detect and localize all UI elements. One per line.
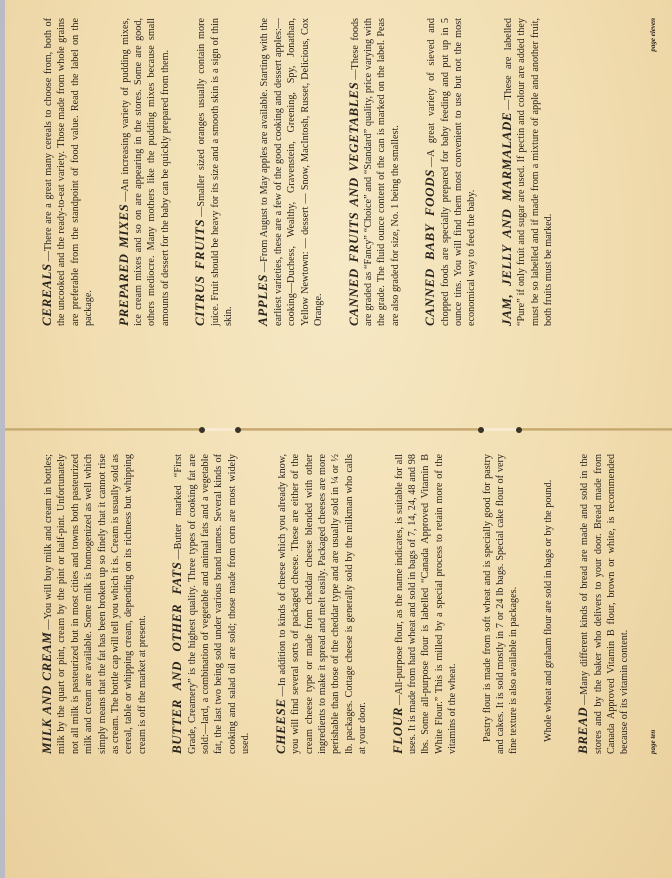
entry-heading: APPLES xyxy=(255,274,270,326)
entry-heading: PREPARED MIXES xyxy=(116,204,131,326)
staple-hole xyxy=(516,427,522,433)
staple-hole xyxy=(235,427,241,433)
entry-heading: MILK AND CREAM xyxy=(39,632,54,754)
center-fold xyxy=(5,428,672,431)
entry-heading: FLOUR xyxy=(390,707,405,754)
staple-hole xyxy=(199,427,205,433)
entry-cereals: CEREALS—There are a great many cereals t… xyxy=(40,18,96,326)
staple-bottom xyxy=(480,428,520,431)
paragraph-whole-wheat: Whole wheat and graham flour are sold in… xyxy=(542,454,555,754)
entry-citrus-fruits: CITRUS FRUITS—Smaller sized oranges usua… xyxy=(193,18,235,326)
entry-butter-and-other-fats: BUTTER AND OTHER FATS—Butter marked “Fir… xyxy=(170,454,252,754)
page-number: page ten xyxy=(647,730,660,754)
page-number: page eleven xyxy=(647,18,660,52)
entry-heading: BUTTER AND OTHER FATS xyxy=(169,562,184,755)
entry-heading: CEREALS xyxy=(39,263,54,326)
entry-text: In addition to kinds of cheese which you… xyxy=(277,454,368,754)
entry-heading: CITRUS FRUITS xyxy=(192,219,207,326)
entry-flour: FLOUR—All-purpose flour, as the name ind… xyxy=(391,454,460,754)
entry-milk-and-cream: MILK AND CREAM—You will buy milk and cre… xyxy=(40,454,149,754)
entry-bread: BREAD—Many different kinds of bread are … xyxy=(576,454,632,754)
entry-heading: CHEESE xyxy=(273,698,288,754)
entry-canned-baby-foods: CANNED BABY FOODS—A great variety of sie… xyxy=(423,18,479,326)
staple-top xyxy=(200,428,240,431)
staple-hole xyxy=(478,427,484,433)
entry-text: Butter marked “First Grade, Creamery” is… xyxy=(173,454,251,754)
page-ten: MILK AND CREAM—You will buy milk and cre… xyxy=(40,454,660,754)
entry-heading: CANNED FRUITS AND VEGETABLES xyxy=(346,82,361,326)
entry-heading: JAM, JELLY AND MARMALADE xyxy=(499,112,514,326)
entry-text: You will buy milk and cream in bottles; … xyxy=(43,454,148,754)
entry-heading: CANNED BABY FOODS xyxy=(422,169,437,326)
entry-canned-fruits-vegetables: CANNED FRUITS AND VEGETABLES—These foods… xyxy=(347,18,403,326)
entry-prepared-mixes: PREPARED MIXES—An increasing variety of … xyxy=(117,18,173,326)
paragraph-pastry-flour: Pastry flour is made from soft wheat and… xyxy=(481,454,521,754)
entry-apples: APPLES—From August to May apples are ava… xyxy=(256,18,325,326)
entry-cheese: CHEESE—In addition to kinds of cheese wh… xyxy=(274,454,370,754)
entry-heading: BREAD xyxy=(575,707,590,754)
page-eleven: CEREALS—There are a great many cereals t… xyxy=(40,18,660,326)
entry-jam-jelly-marmalade: JAM, JELLY AND MARMALADE—These are label… xyxy=(500,18,556,326)
